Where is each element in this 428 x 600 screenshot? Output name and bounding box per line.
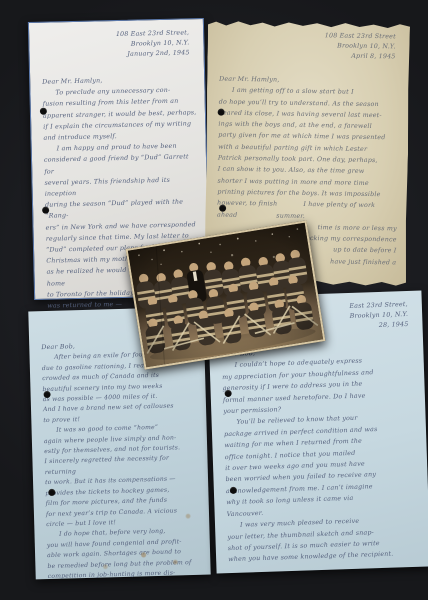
letter-body: I am getting off to a slow start but I d… (205, 85, 409, 224)
letter-body: After being an exile for four years due … (29, 349, 210, 583)
hockey-team-photo-image (128, 223, 323, 368)
letter-header: 108 East 23rd Street, Brooklyn 10, N.Y. … (29, 19, 204, 62)
punch-hole (219, 205, 226, 212)
memorabilia-photograph: 108 East 23rd Street, Brooklyn 10, N.Y. … (0, 0, 428, 600)
letter-header: 108 East 23rd Street Brooklyn 10, N.Y. A… (207, 20, 410, 62)
letter-body: I couldn’t hope to adequately express my… (210, 354, 428, 566)
photo-vignette (128, 223, 323, 368)
punch-hole (218, 109, 225, 116)
